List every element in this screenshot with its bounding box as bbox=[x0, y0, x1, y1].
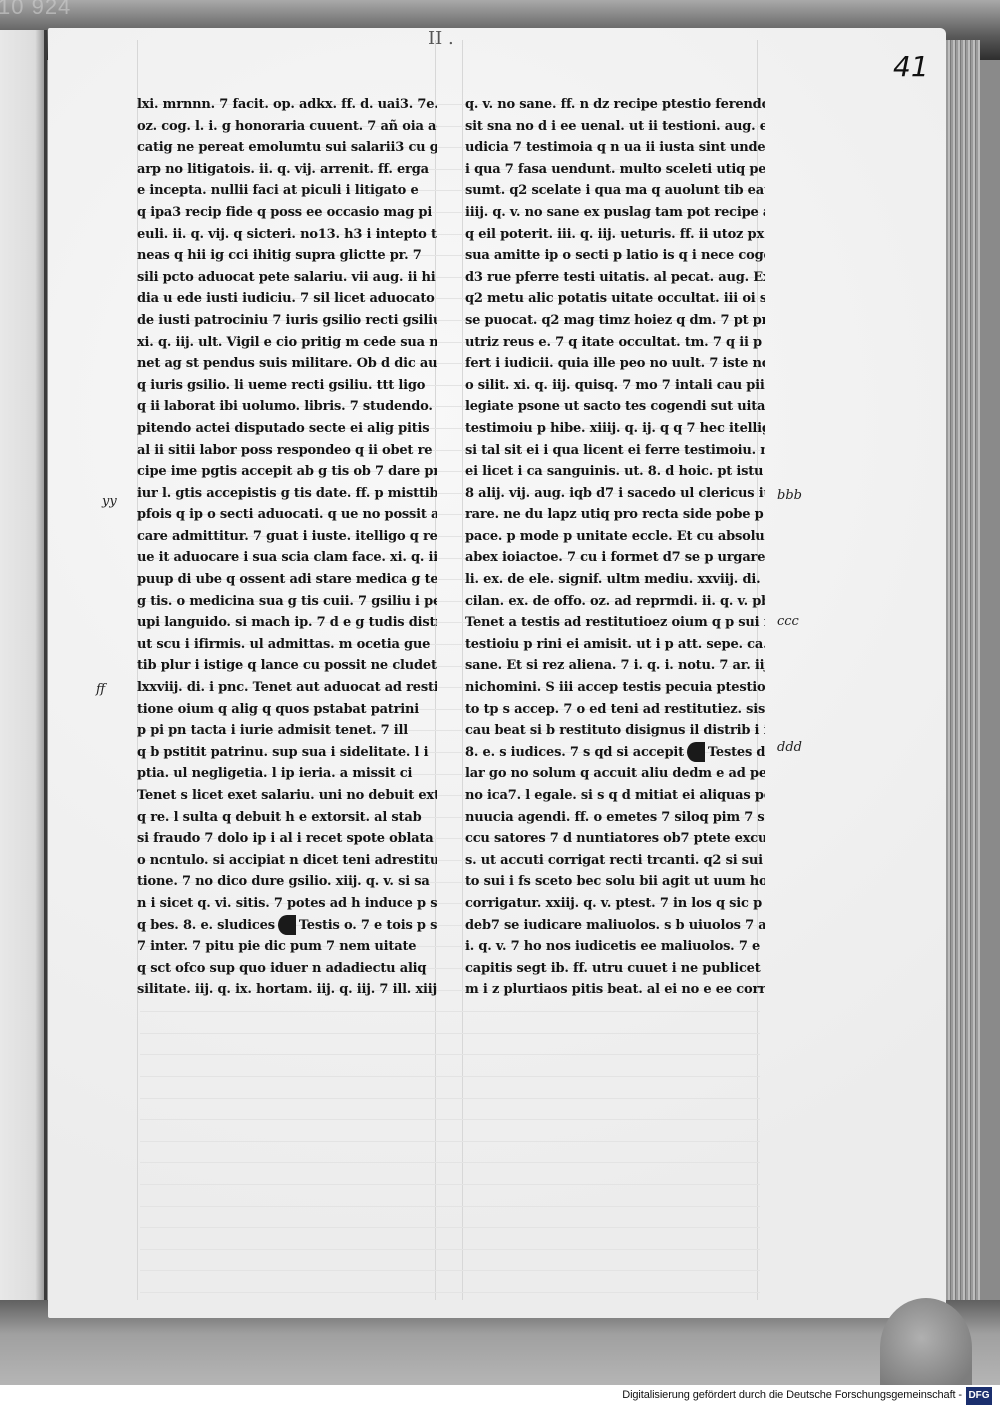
line-text: xi. q. iij. ult. Vigil e cio pritig m ce… bbox=[137, 335, 437, 350]
line-text: q ii laborat ibi uolumo. libris. 7 stude… bbox=[137, 399, 437, 414]
text-column-right: q. v. no sane. ff. n dz recipe ptestio f… bbox=[465, 94, 765, 1001]
line-text: g tis. o medicina sua g tis cuii. 7 gsil… bbox=[137, 594, 437, 609]
marginal-note-left: yy bbox=[102, 494, 117, 509]
line-text: nuucia agendi. ff. o emetes 7 siloq pim … bbox=[465, 810, 765, 825]
line-text: sane. Et si rez aliena. 7 i. q. i. notu.… bbox=[465, 658, 765, 673]
manuscript-line: corrigatur. xxiij. q. v. ptest. 7 in los… bbox=[465, 893, 765, 915]
manuscript-line: cilan. ex. de offo. oz. ad reprmdi. ii. … bbox=[465, 591, 765, 613]
line-text: to tp s accep. 7 o ed teni ad restitutie… bbox=[465, 702, 765, 717]
manuscript-line: o ncntulo. si accipiat n dicet teni adre… bbox=[137, 850, 437, 872]
manuscript-line: Tenet s licet exet salariu. uni no debui… bbox=[137, 785, 437, 807]
line-text: pfois q ip o secti aduocati. q ue no pos… bbox=[137, 507, 437, 522]
manuscript-line: sua amitte ip o secti p latio is q i nec… bbox=[465, 245, 765, 267]
line-text: oz. cog. l. i. g honoraria cuuent. 7 añ … bbox=[137, 119, 437, 134]
marginal-note-right: ccc bbox=[777, 614, 799, 629]
manuscript-line: q ii laborat ibi uolumo. libris. 7 stude… bbox=[137, 396, 437, 418]
manuscript-line: sit sna no d i ee uenal. ut ii testioni.… bbox=[465, 116, 765, 138]
manuscript-line: 8 alij. vij. aug. iqb d7 i sacedo ul cle… bbox=[465, 483, 765, 505]
line-text: pitendo actei disputado secte ei alig pi… bbox=[137, 421, 429, 436]
line-text: no ica7. l egale. si s q d mitiat ei ali… bbox=[465, 788, 765, 803]
line-text: dia u ede iusti iudiciu. 7 sil licet adu… bbox=[137, 291, 437, 306]
line-text: tione oium q alig q quos pstabat patrini bbox=[137, 702, 419, 717]
manuscript-line: q iuris gsilio. li ueme recti gsiliu. tt… bbox=[137, 375, 437, 397]
line-text: testimoiu p hibe. xiiij. q. ij. q q 7 he… bbox=[465, 421, 765, 436]
manuscript-line: q2 metu alic potatis uitate occultat. ii… bbox=[465, 288, 765, 310]
line-text: n i sicet q. vi. sitis. 7 potes ad h ind… bbox=[137, 896, 437, 911]
manuscript-line: e incepta. nullii faci at piculi i litig… bbox=[137, 180, 437, 202]
line-text: utriz reus e. 7 q itate occultat. tm. 7 … bbox=[465, 335, 762, 350]
manuscript-line: cau beat si b restituto disignus il dist… bbox=[465, 720, 765, 742]
line-text: de iusti patrociniu 7 iuris gsilio recti… bbox=[137, 313, 437, 328]
line-text: tione. 7 no dico dure gsilio. xiij. q. v… bbox=[137, 874, 430, 889]
manuscript-line: tione oium q alig q quos pstabat patrini bbox=[137, 699, 437, 721]
ruling-line bbox=[140, 1119, 760, 1120]
manuscript-line: fert i iudicii. quia ille peo no uult. 7… bbox=[465, 353, 765, 375]
ruling-line bbox=[140, 1011, 760, 1012]
line-text: arp no litigatois. ii. q. vij. arrenit. … bbox=[137, 162, 429, 177]
page-block-edges bbox=[944, 40, 980, 1350]
text-column-left: lxi. mrnnn. 7 facit. op. adkx. ff. d. ua… bbox=[137, 94, 437, 1001]
facing-page-edge bbox=[0, 30, 47, 1305]
manuscript-line: catig ne pereat emolumtu sui salarii3 cu… bbox=[137, 137, 437, 159]
manuscript-line: lar go no solum q accuit aliu dedm e ad … bbox=[465, 763, 765, 785]
manuscript-line: cipe ime pgtis accepit ab g tis ob 7 dar… bbox=[137, 461, 437, 483]
manuscript-line: s. ut accuti corrigat recti trcanti. q2 … bbox=[465, 850, 765, 872]
manuscript-line: neas q hii ig cci ihitig supra glictte p… bbox=[137, 245, 437, 267]
line-text: to sui i fs sceto bec solu bii agit ut u… bbox=[465, 874, 765, 889]
manuscript-line: abex ioiactoe. 7 cu i formet d7 se p urg… bbox=[465, 547, 765, 569]
manuscript-line: silitate. iij. q. ix. hortam. iij. q. ii… bbox=[137, 979, 437, 1001]
line-text: ei licet i ca sanguinis. ut. 8. d hoic. … bbox=[465, 464, 765, 479]
line-text: ptia. ul negligetia. l ip ieria. a missi… bbox=[137, 766, 412, 781]
line-text: testioiu p rini ei amisit. ut i p att. s… bbox=[465, 637, 765, 652]
manuscript-line: q. v. no sane. ff. n dz recipe ptestio f… bbox=[465, 94, 765, 116]
line-text: q b pstitit patrinu. sup sua i sidelitat… bbox=[137, 745, 428, 760]
marginal-note-right: bbb bbox=[777, 488, 802, 503]
line-text: ue it aduocare i sua scia clam face. xi.… bbox=[137, 550, 437, 565]
manuscript-line: 7 inter. 7 pitu pie dic pum 7 nem uitate bbox=[137, 936, 437, 958]
manuscript-line: q sct ofco sup quo iduer n adadiectu ali… bbox=[137, 958, 437, 980]
manuscript-line: net ag st pendus suis militare. Ob d dic… bbox=[137, 353, 437, 375]
line-text: Tenet s licet exet salariu. uni no debui… bbox=[137, 788, 437, 803]
manuscript-line: al ii sitii labor poss respondeo q ii ob… bbox=[137, 440, 437, 462]
line-text: 8. e. s iudices. 7 s qd si accepit bbox=[465, 745, 684, 760]
line-text: q re. l sulta q debuit h e extorsit. al … bbox=[137, 810, 421, 825]
line-text: puup di ube q ossent adi stare medica g … bbox=[137, 572, 437, 587]
line-text: si tal sit ei i qua licent ei ferre test… bbox=[465, 443, 765, 458]
manuscript-line: pitendo actei disputado secte ei alig pi… bbox=[137, 418, 437, 440]
funding-credit: Digitalisierung gefördert durch die Deut… bbox=[622, 1389, 962, 1401]
ruling-line bbox=[140, 1054, 760, 1055]
manuscript-line: p pi pn tacta i iurie admisit tenet. 7 i… bbox=[137, 720, 437, 742]
manuscript-line: arp no litigatois. ii. q. vij. arrenit. … bbox=[137, 159, 437, 181]
manuscript-line: dia u ede iusti iudiciu. 7 sil licet adu… bbox=[137, 288, 437, 310]
line-text: tib plur i istige q lance cu possit ne c… bbox=[137, 658, 437, 673]
manuscript-line: ue it aduocare i sua scia clam face. xi.… bbox=[137, 547, 437, 569]
ruling-line bbox=[140, 1184, 760, 1185]
line-text: rare. ne du lapz utiq pro recta side pob… bbox=[465, 507, 764, 522]
manuscript-line: rare. ne du lapz utiq pro recta side pob… bbox=[465, 504, 765, 526]
line-text: q ipa3 recip fide q poss ee occasio mag … bbox=[137, 205, 432, 220]
manuscript-line: udicia 7 testimoia q n ua ii iusta sint … bbox=[465, 137, 765, 159]
line-text: sili pcto aduocat pete salariu. vii aug.… bbox=[137, 270, 436, 285]
manuscript-line: q eil poterit. iii. q. iij. ueturis. ff.… bbox=[465, 224, 765, 246]
manuscript-line: euli. ii. q. vij. q sicteri. no13. h3 i … bbox=[137, 224, 437, 246]
ruling-line bbox=[140, 1076, 760, 1077]
manuscript-line: d3 rue pferre testi uitatis. al pecat. a… bbox=[465, 267, 765, 289]
dfg-logo: DFG bbox=[966, 1387, 992, 1405]
manuscript-line: xi. q. iij. ult. Vigil e cio pritig m ce… bbox=[137, 332, 437, 354]
manuscript-line: lxxviij. di. i pnc. Tenet aut aduocat ad… bbox=[137, 677, 437, 699]
manuscript-line: nichomini. S iii accep testis pecuia pte… bbox=[465, 677, 765, 699]
line-text: deb7 se iudicare maliuolos. s b uiuolos … bbox=[465, 918, 765, 933]
manuscript-line: ccu satores 7 d nuntiatores ob7 ptete ex… bbox=[465, 828, 765, 850]
line-text: iur l. gtis accepistis g tis date. ff. p… bbox=[137, 486, 437, 501]
manuscript-line: pace. p mode p unitate eccle. Et cu abso… bbox=[465, 526, 765, 548]
line-text: sua amitte ip o secti p latio is q i nec… bbox=[465, 248, 765, 263]
line-text: fert i iudicii. quia ille peo no uult. 7… bbox=[465, 356, 765, 371]
line-text: 7 inter. 7 pitu pie dic pum 7 nem uitate bbox=[137, 939, 416, 954]
manuscript-line: n i sicet q. vi. sitis. 7 potes ad h ind… bbox=[137, 893, 437, 915]
line-text: s. ut accuti corrigat recti trcanti. q2 … bbox=[465, 853, 765, 868]
manuscript-line: lxi. mrnnn. 7 facit. op. adkx. ff. d. ua… bbox=[137, 94, 437, 116]
line-text: q iuris gsilio. li ueme recti gsiliu. tt… bbox=[137, 378, 425, 393]
line-text: cilan. ex. de offo. oz. ad reprmdi. ii. … bbox=[465, 594, 765, 609]
manuscript-line: no ica7. l egale. si s q d mitiat ei ali… bbox=[465, 785, 765, 807]
line-text: i. q. v. 7 ho nos iudicetis ee maliuolos… bbox=[465, 939, 765, 954]
manuscript-line: legiate psone ut sacto tes cogendi sut u… bbox=[465, 396, 765, 418]
line-text: cipe ime pgtis accepit ab g tis ob 7 dar… bbox=[137, 464, 437, 479]
line-text: ut scu i ifirmis. ul admittas. m ocetia … bbox=[137, 637, 430, 652]
line-text: abex ioiactoe. 7 cu i formet d7 se p urg… bbox=[465, 550, 765, 565]
line-text: p pi pn tacta i iurie admisit tenet. 7 i… bbox=[137, 723, 408, 738]
line-text: q2 metu alic potatis uitate occultat. ii… bbox=[465, 291, 765, 306]
ruling-line bbox=[140, 1033, 760, 1034]
line-text: q. v. no sane. ff. n dz recipe ptestio f… bbox=[465, 97, 765, 112]
ruling-line bbox=[140, 1162, 760, 1163]
manuscript-line: m i z plurtiaos pitis beat. al ei no e e… bbox=[465, 979, 765, 1001]
line-text: o ncntulo. si accipiat n dicet teni adre… bbox=[137, 853, 437, 868]
line-text-after-initial: Testis o. 7 e tois p sic bbox=[299, 918, 437, 933]
manuscript-line: puup di ube q ossent adi stare medica g … bbox=[137, 569, 437, 591]
manuscript-line: pfois q ip o secti aduocati. q ue no pos… bbox=[137, 504, 437, 526]
line-text: corrigatur. xxiij. q. v. ptest. 7 in los… bbox=[465, 896, 765, 911]
marginal-note-left: ff bbox=[96, 682, 105, 697]
line-text: ccu satores 7 d nuntiatores ob7 ptete ex… bbox=[465, 831, 765, 846]
manuscript-line: upi languido. si mach ip. 7 d e g tudis … bbox=[137, 612, 437, 634]
manuscript-line: sili pcto aduocat pete salariu. vii aug.… bbox=[137, 267, 437, 289]
manuscript-line: tib plur i istige q lance cu possit ne c… bbox=[137, 655, 437, 677]
line-text: cau beat si b restituto disignus il dist… bbox=[465, 723, 765, 738]
manuscript-line: si tal sit ei i qua licent ei ferre test… bbox=[465, 440, 765, 462]
manuscript-scan: 10 924 II . 41 lxi. mrnnn. 7 facit. op. … bbox=[0, 0, 1000, 1385]
manuscript-line: se puocat. q2 mag timz hoiez q dm. 7 pt … bbox=[465, 310, 765, 332]
ruling-line bbox=[140, 1206, 760, 1207]
line-text-after-initial: Testes d iii bbox=[708, 745, 765, 760]
line-text: pace. p mode p unitate eccle. Et cu abso… bbox=[465, 529, 765, 544]
line-text: al ii sitii labor poss respondeo q ii ob… bbox=[137, 443, 432, 458]
line-text: li. ex. de ele. signif. ultm mediu. xxvi… bbox=[465, 572, 765, 587]
ruling-line bbox=[140, 1227, 760, 1228]
line-text: sumt. q2 scelate i qua ma q auolunt tib … bbox=[465, 183, 765, 198]
line-text: e incepta. nullii faci at piculi i litig… bbox=[137, 183, 419, 198]
manuscript-line: testioiu p rini ei amisit. ut i p att. s… bbox=[465, 634, 765, 656]
ruling-line bbox=[140, 1141, 760, 1142]
manuscript-line: iiij. q. v. no sane ex puslag tam pot re… bbox=[465, 202, 765, 224]
line-text: q bes. 8. e. sludices bbox=[137, 918, 275, 933]
quire-mark: II . bbox=[428, 28, 454, 49]
line-text: q sct ofco sup quo iduer n adadiectu ali… bbox=[137, 961, 426, 976]
line-text: lar go no solum q accuit aliu dedm e ad … bbox=[465, 766, 765, 781]
manuscript-line: capitis segt ib. ff. utru cuuet i ne pub… bbox=[465, 958, 765, 980]
line-text: udicia 7 testimoia q n ua ii iusta sint … bbox=[465, 140, 765, 155]
manuscript-line: to sui i fs sceto bec solu bii agit ut u… bbox=[465, 871, 765, 893]
manuscript-line: q bes. 8. e. sludicesTestis o. 7 e tois … bbox=[137, 915, 437, 937]
line-text: legiate psone ut sacto tes cogendi sut u… bbox=[465, 399, 765, 414]
manuscript-line: Tenet a testis ad restitutioez oium q p … bbox=[465, 612, 765, 634]
line-text: d3 rue pferre testi uitatis. al pecat. a… bbox=[465, 270, 765, 285]
manuscript-line: o silit. xi. q. iij. quisq. 7 mo 7 intal… bbox=[465, 375, 765, 397]
manuscript-line: sumt. q2 scelate i qua ma q auolunt tib … bbox=[465, 180, 765, 202]
line-text: i qua 7 fasa uendunt. multo sceleti utiq… bbox=[465, 162, 765, 177]
manuscript-line: q ipa3 recip fide q poss ee occasio mag … bbox=[137, 202, 437, 224]
line-text: net ag st pendus suis militare. Ob d dic… bbox=[137, 356, 437, 371]
ruling-line bbox=[140, 1292, 760, 1293]
ruling-line bbox=[140, 1270, 760, 1271]
line-text: o silit. xi. q. iij. quisq. 7 mo 7 intal… bbox=[465, 378, 765, 393]
line-text: euli. ii. q. vij. q sicteri. no13. h3 i … bbox=[137, 227, 437, 242]
ruling-line bbox=[462, 40, 463, 1300]
manuscript-line: oz. cog. l. i. g honoraria cuuent. 7 añ … bbox=[137, 116, 437, 138]
line-text: upi languido. si mach ip. 7 d e g tudis … bbox=[137, 615, 437, 630]
line-text: m i z plurtiaos pitis beat. al ei no e e… bbox=[465, 982, 765, 997]
line-text: lxi. mrnnn. 7 facit. op. adkx. ff. d. ua… bbox=[137, 97, 437, 112]
manuscript-line: utriz reus e. 7 q itate occultat. tm. 7 … bbox=[465, 332, 765, 354]
manuscript-line: li. ex. de ele. signif. ultm mediu. xxvi… bbox=[465, 569, 765, 591]
line-text: care admittitur. 7 guat i iuste. itellig… bbox=[137, 529, 437, 544]
manuscript-line: si fraudo 7 dolo ip i al i recet spote o… bbox=[137, 828, 437, 850]
line-text: se puocat. q2 mag timz hoiez q dm. 7 pt … bbox=[465, 313, 765, 328]
line-text: nichomini. S iii accep testis pecuia pte… bbox=[465, 680, 765, 695]
manuscript-line: care admittitur. 7 guat i iuste. itellig… bbox=[137, 526, 437, 548]
manuscript-line: to tp s accep. 7 o ed teni ad restitutie… bbox=[465, 699, 765, 721]
manuscript-line: nuucia agendi. ff. o emetes 7 siloq pim … bbox=[465, 807, 765, 829]
line-text: neas q hii ig cci ihitig supra glictte p… bbox=[137, 248, 422, 263]
line-text: Tenet a testis ad restitutioez oium q p … bbox=[465, 615, 765, 630]
folio-number: 41 bbox=[893, 50, 929, 83]
manuscript-line: i. q. v. 7 ho nos iudicetis ee maliuolos… bbox=[465, 936, 765, 958]
line-text: capitis segt ib. ff. utru cuuet i ne pub… bbox=[465, 961, 765, 976]
manuscript-line: iur l. gtis accepistis g tis date. ff. p… bbox=[137, 483, 437, 505]
manuscript-line: ptia. ul negligetia. l ip ieria. a missi… bbox=[137, 763, 437, 785]
decorated-initial-icon bbox=[278, 915, 296, 935]
ruling-line bbox=[140, 1098, 760, 1099]
decorated-initial-icon bbox=[687, 742, 705, 762]
manuscript-line: tione. 7 no dico dure gsilio. xiij. q. v… bbox=[137, 871, 437, 893]
line-text: si fraudo 7 dolo ip i al i recet spote o… bbox=[137, 831, 437, 846]
manuscript-line: ut scu i ifirmis. ul admittas. m ocetia … bbox=[137, 634, 437, 656]
catalog-mark: 10 924 bbox=[0, 0, 71, 20]
footer-bar: Digitalisierung gefördert durch die Deut… bbox=[0, 1385, 1000, 1408]
manuscript-line: g tis. o medicina sua g tis cuii. 7 gsil… bbox=[137, 591, 437, 613]
manuscript-line: q re. l sulta q debuit h e extorsit. al … bbox=[137, 807, 437, 829]
line-text: silitate. iij. q. ix. hortam. iij. q. ii… bbox=[137, 982, 437, 997]
line-text: lxxviij. di. i pnc. Tenet aut aduocat ad… bbox=[137, 680, 437, 695]
line-text: iiij. q. v. no sane ex puslag tam pot re… bbox=[465, 205, 765, 220]
manuscript-line: ei licet i ca sanguinis. ut. 8. d hoic. … bbox=[465, 461, 765, 483]
ruling-line bbox=[140, 1249, 760, 1250]
line-text: catig ne pereat emolumtu sui salarii3 cu… bbox=[137, 140, 437, 155]
manuscript-line: q b pstitit patrinu. sup sua i sidelitat… bbox=[137, 742, 437, 764]
manuscript-line: testimoiu p hibe. xiiij. q. ij. q q 7 he… bbox=[465, 418, 765, 440]
manuscript-line: sane. Et si rez aliena. 7 i. q. i. notu.… bbox=[465, 655, 765, 677]
line-text: sit sna no d i ee uenal. ut ii testioni.… bbox=[465, 119, 765, 134]
line-text: 8 alij. vij. aug. iqb d7 i sacedo ul cle… bbox=[465, 486, 765, 501]
manuscript-line: de iusti patrociniu 7 iuris gsilio recti… bbox=[137, 310, 437, 332]
manuscript-line: 8. e. s iudices. 7 s qd si accepitTestes… bbox=[465, 742, 765, 764]
marginal-note-right: ddd bbox=[777, 740, 802, 755]
manuscript-line: i qua 7 fasa uendunt. multo sceleti utiq… bbox=[465, 159, 765, 181]
manuscript-line: deb7 se iudicare maliuolos. s b uiuolos … bbox=[465, 915, 765, 937]
line-text: q eil poterit. iii. q. iij. ueturis. ff.… bbox=[465, 227, 765, 242]
